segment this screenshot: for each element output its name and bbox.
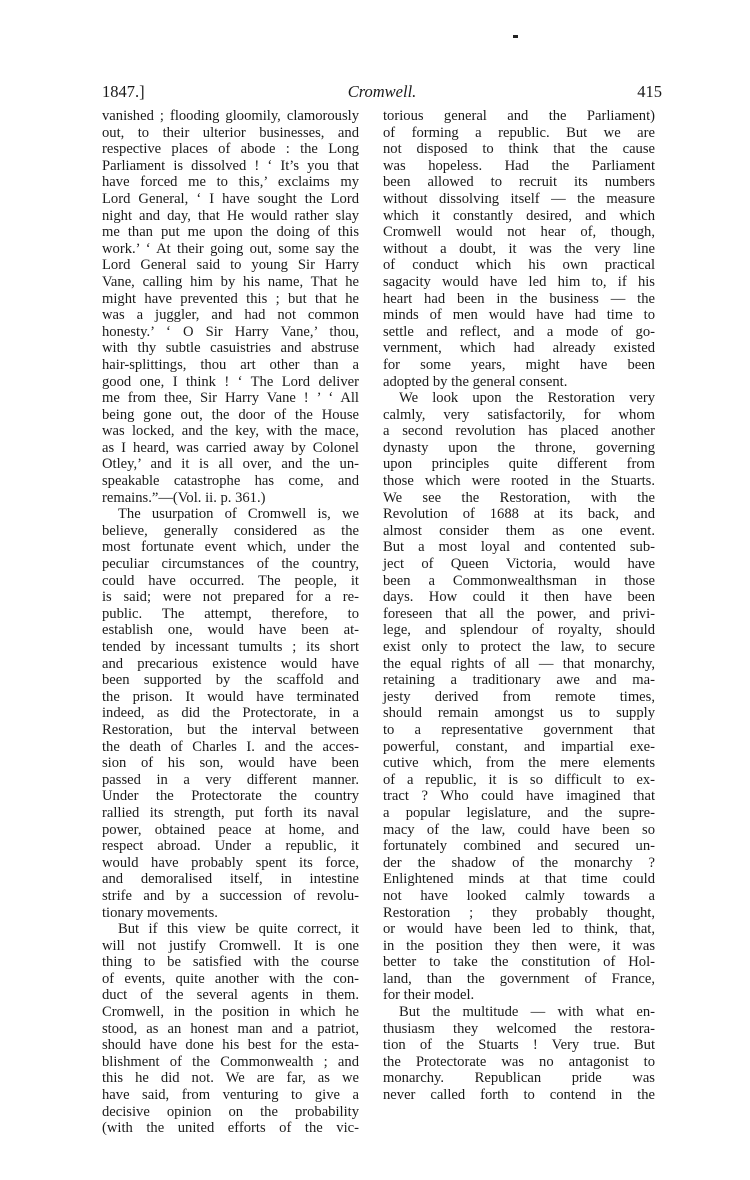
text-line: those which were rooted in the Stuarts. [383, 473, 655, 490]
text-line: macy of the law, could have been so [383, 822, 655, 839]
text-line: tract ? Who could have imagined that [383, 788, 655, 805]
text-line: sagacity would have led him to, if his [383, 274, 655, 291]
text-line: duct of the several agents in them. [102, 987, 359, 1004]
text-line: almost consider them as one event. [383, 523, 655, 540]
text-line: most fortunate event which, under the [102, 539, 359, 556]
text-line: have forced me to this,’ exclaims my [102, 174, 359, 191]
text-line: or would have been led to think, that, [383, 921, 655, 938]
text-line: strife and by a succession of revolu- [102, 888, 359, 905]
text-line: Restoration, but the interval between [102, 722, 359, 739]
text-line: respective places of abode : the Long [102, 141, 359, 158]
text-line: vernment, which had already existed [383, 340, 655, 357]
text-line: stood, as an honest man and a patriot, [102, 1021, 359, 1038]
text-line: der the shadow of the monarchy ? [383, 855, 655, 872]
text-line: to a representative government that [383, 722, 655, 739]
text-line: monarchy. Republican pride was [383, 1070, 655, 1087]
text-line: Enlightened minds at that time could [383, 871, 655, 888]
text-line: powerful, constant, and impartial exe- [383, 739, 655, 756]
text-line: days. How could it then have been [383, 589, 655, 606]
text-line: for their model. [383, 987, 655, 1004]
text-line: power, obtained peace at home, and [102, 822, 359, 839]
text-line: thing to be satisfied with the course [102, 954, 359, 971]
text-line: Lord General, ‘ I have sought the Lord [102, 191, 359, 208]
text-line: We look upon the Restoration very [383, 390, 655, 407]
text-line: Cromwell would not hear of, though, [383, 224, 655, 241]
running-header: 1847.] Cromwell. 415 [102, 82, 662, 104]
text-line: as I heard, was carried away by Colonel [102, 440, 359, 457]
text-line: work.’ ‘ At their going out, some say th… [102, 241, 359, 258]
text-line: better to take the constitution of Hol- [383, 954, 655, 971]
text-line: Parliament is dissolved ! ‘ It’s you tha… [102, 158, 359, 175]
text-line: of conduct which his own practical [383, 257, 655, 274]
text-line: of forming a republic. But we are [383, 125, 655, 142]
text-line: Revolution of 1688 at its back, and [383, 506, 655, 523]
text-line: cutive which, from the mere elements [383, 755, 655, 772]
text-line: been supported by the scaffold and [102, 672, 359, 689]
text-line: Under the Protectorate the country [102, 788, 359, 805]
text-line: was a juggler, and had not common [102, 307, 359, 324]
text-line: But if this view be quite correct, it [102, 921, 359, 938]
text-line: passed in a very different manner. [102, 772, 359, 789]
text-line: lege, and splendour of royalty, should [383, 622, 655, 639]
text-line: have said, from venturing to give a [102, 1087, 359, 1104]
text-line: (with the united efforts of the vic- [102, 1120, 359, 1137]
text-line: jesty derived from remote times, [383, 689, 655, 706]
text-line: We see the Restoration, with the [383, 490, 655, 507]
text-line: was locked, and the key, with the mace, [102, 423, 359, 440]
text-line: upon principles quite different from [383, 456, 655, 473]
text-line: without a doubt, it was the very line [383, 241, 655, 258]
text-line: foreseen that all the power, and privi- [383, 606, 655, 623]
text-line: Otley,’ and it is all over, and the un- [102, 456, 359, 473]
text-line: of events, quite another with the con- [102, 971, 359, 988]
text-line: adopted by the general consent. [383, 374, 655, 391]
text-line: tionary movements. [102, 905, 359, 922]
text-line: torious general and the Parliament) [383, 108, 655, 125]
text-line: a popular legislature, and the supre- [383, 805, 655, 822]
text-line: hair-splittings, thou art other than a [102, 357, 359, 374]
text-line: the prison. It would have terminated [102, 689, 359, 706]
text-line: land, than the government of France, [383, 971, 655, 988]
text-line: exist only to protect the law, to secure [383, 639, 655, 656]
text-line: would have probably spent its force, [102, 855, 359, 872]
text-line: remains.”—(Vol. ii. p. 361.) [102, 490, 359, 507]
text-line: and precarious existence would have [102, 656, 359, 673]
text-line: Lord General said to young Sir Harry [102, 257, 359, 274]
text-line: sion of his son, would have been [102, 755, 359, 772]
text-line: tended by incessant tumults ; its short [102, 639, 359, 656]
text-line: believe, generally considered as the [102, 523, 359, 540]
text-line: calmly, very satisfactorily, for whom [383, 407, 655, 424]
text-line: should remain amongst us to supply [383, 705, 655, 722]
text-line: been a Commonwealthsman in those [383, 573, 655, 590]
text-line: But the multitude — with what en- [383, 1004, 655, 1021]
text-line: might have prevented this ; but that he [102, 291, 359, 308]
text-line: and demoralised itself, in intestine [102, 871, 359, 888]
text-line: without dissolving itself — the measure [383, 191, 655, 208]
text-line: being gone out, the door of the House [102, 407, 359, 424]
scan-mark [513, 35, 518, 38]
text-line: night and day, that He would rather slay [102, 208, 359, 225]
text-line: not disposed to think that the cause [383, 141, 655, 158]
text-line: which it constantly desired, and which [383, 208, 655, 225]
text-line: of a republic, it is so difficult to ex- [383, 772, 655, 789]
text-line: vanished ; flooding gloomily, clamorousl… [102, 108, 359, 125]
text-line: the Protectorate was no antagonist to [383, 1054, 655, 1071]
right-column: torious general and the Parliament)of fo… [383, 108, 655, 1104]
text-line: been allowed to recruit its numbers [383, 174, 655, 191]
text-line: ject of Queen Victoria, would have [383, 556, 655, 573]
text-line: The usurpation of Cromwell is, we [102, 506, 359, 523]
page-number: 415 [637, 82, 662, 102]
text-line: decisive opinion on the probability [102, 1104, 359, 1121]
text-line: peculiar circumstances of the country, [102, 556, 359, 573]
text-line: for some years, might have been [383, 357, 655, 374]
text-line: heart had been in the business — the [383, 291, 655, 308]
text-line: could have occurred. The people, it [102, 573, 359, 590]
text-line: settle and reflect, and a mode of go- [383, 324, 655, 341]
text-line: me from thee, Sir Harry Vane ! ’ ‘ All [102, 390, 359, 407]
text-line: Restoration ; they probably thought, [383, 905, 655, 922]
text-line: respect abroad. Under a republic, it [102, 838, 359, 855]
text-line: rallied its strength, put forth its nava… [102, 805, 359, 822]
text-line: establish one, would have been at- [102, 622, 359, 639]
text-line: this he did not. We are far, as we [102, 1070, 359, 1087]
text-line: with thy subtle casuistries and abstruse [102, 340, 359, 357]
text-line: will not justify Cromwell. It is one [102, 938, 359, 955]
text-line: never called forth to contend in the [383, 1087, 655, 1104]
text-line: Vane, calling him by his name, That he [102, 274, 359, 291]
text-line: retaining a traditionary awe and ma- [383, 672, 655, 689]
text-line: not have looked calmly towards a [383, 888, 655, 905]
text-line: dynasty upon the throne, governing [383, 440, 655, 457]
text-line: out, to their ulterior businesses, and [102, 125, 359, 142]
text-line: But a most loyal and contented sub- [383, 539, 655, 556]
text-line: should have done his best for the esta- [102, 1037, 359, 1054]
text-line: in the position they then were, it was [383, 938, 655, 955]
text-line: speakable catastrophe has come, and [102, 473, 359, 490]
header-title: Cromwell. [102, 82, 662, 102]
text-line: was hopeless. Had the Parliament [383, 158, 655, 175]
text-line: a second revolution has placed another [383, 423, 655, 440]
text-line: is said; were not prepared for a re- [102, 589, 359, 606]
text-line: minds of men would have had time to [383, 307, 655, 324]
left-column: vanished ; flooding gloomily, clamorousl… [102, 108, 359, 1137]
text-line: me than put me upon the doing of this [102, 224, 359, 241]
text-line: the equal rights of all — that monarchy, [383, 656, 655, 673]
text-line: fortunately combined and secured un- [383, 838, 655, 855]
text-line: honesty.’ ‘ O Sir Harry Vane,’ thou, [102, 324, 359, 341]
text-line: tion of the Stuarts ! Very true. But [383, 1037, 655, 1054]
text-line: the death of Charles I. and the acces- [102, 739, 359, 756]
text-line: public. The attempt, therefore, to [102, 606, 359, 623]
text-line: indeed, as did the Protectorate, in a [102, 705, 359, 722]
text-line: Cromwell, in the position in which he [102, 1004, 359, 1021]
text-line: thusiasm they welcomed the restora- [383, 1021, 655, 1038]
book-page: 1847.] Cromwell. 415 vanished ; flooding… [0, 0, 750, 1180]
text-line: blishment of the Commonwealth ; and [102, 1054, 359, 1071]
text-line: good one, I think ! ‘ The Lord deliver [102, 374, 359, 391]
